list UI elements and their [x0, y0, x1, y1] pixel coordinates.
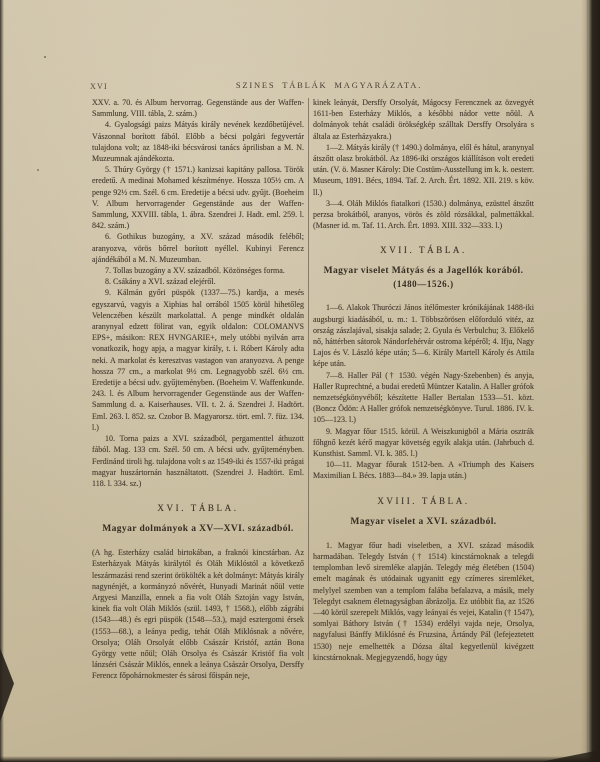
text-column-left: XXV. a. 70. és Album hervorrag. Gegenstä… — [92, 97, 304, 682]
paragraph: 1—2. Mátyás király († 1490.) dolmánya, e… — [313, 142, 534, 198]
running-header-title: SZINES TÁBLÁK MAGYARÁZATA. — [0, 80, 600, 90]
paragraph: XXV. a. 70. és Album hervorrag. Gegenstä… — [92, 97, 304, 119]
paragraph: (A hg. Esterházy család birtokában, a fr… — [92, 547, 304, 681]
scan-corner-bottom-left — [0, 648, 14, 722]
paragraph: 3—4. Oláh Miklós fiatalkori (1530.) dolm… — [313, 198, 534, 232]
paragraph: 4. Gyalogsági paizs Mátyás király nevéne… — [92, 119, 304, 164]
section-title: Magyar dolmányok a XV—XVI. századból. — [92, 523, 304, 536]
plate-heading-xvii: XVII. TÁBLA. — [313, 245, 534, 255]
paragraph: 9. Kálmán győri püspök (1337—75.) kardja… — [92, 287, 304, 433]
paragraph: 1. Magyar főur hadi viseletben, a XVI. s… — [313, 540, 534, 663]
paragraph: 7. Tollas buzogány a XV. századból. Közö… — [92, 265, 304, 276]
plate-heading-xvi: XVI. TÁBLA. — [92, 503, 304, 513]
scan-edge-left — [0, 0, 4, 762]
paragraph: 7—8. Haller Pál († 1530. végén Nagy-Szeb… — [313, 370, 534, 426]
scanned-book-page: XVI SZINES TÁBLÁK MAGYARÁZATA. XXV. a. 7… — [0, 0, 600, 762]
paragraph: 10. Torna paizs a XVI. századból, pergam… — [92, 433, 304, 489]
paragraph: 1—6. Alakok Thuróczi János ítélőmester k… — [313, 302, 534, 369]
paragraph: 6. Gothikus buzogány, a XV. század másod… — [92, 231, 304, 265]
section-title: Magyar viselet Mátyás és a Jagellók korá… — [313, 265, 534, 291]
paragraph: 5. Thúry György († 1571.) kanizsai kapit… — [92, 164, 304, 231]
plate-heading-xviii: XVIII. TÁBLA. — [313, 496, 534, 506]
paragraph: 9. Magyar főur 1515. körül. A Weiszkunig… — [313, 426, 534, 460]
section-title: Magyar viselet a XVI. századból. — [313, 516, 534, 529]
scan-edge-right — [586, 0, 600, 762]
paper-speck — [37, 169, 39, 171]
section-title-text: Magyar viselet Mátyás és a Jagellók korá… — [324, 266, 524, 276]
section-subtitle: (1480—1526.) — [313, 278, 534, 291]
paper-speck — [44, 56, 46, 58]
paragraph: 8. Csákány a XVI. század elejéről. — [92, 276, 304, 287]
scan-edge-bottom — [0, 756, 600, 762]
paragraph: 10—11. Magyar főurak 1512-ben. A «Triump… — [313, 459, 534, 481]
column-divider-rule — [308, 98, 309, 660]
paragraph: kinek leányát, Dersffy Orsolyát, Mágocsy… — [313, 97, 534, 142]
text-column-right: kinek leányát, Dersffy Orsolyát, Mágocsy… — [313, 97, 534, 663]
